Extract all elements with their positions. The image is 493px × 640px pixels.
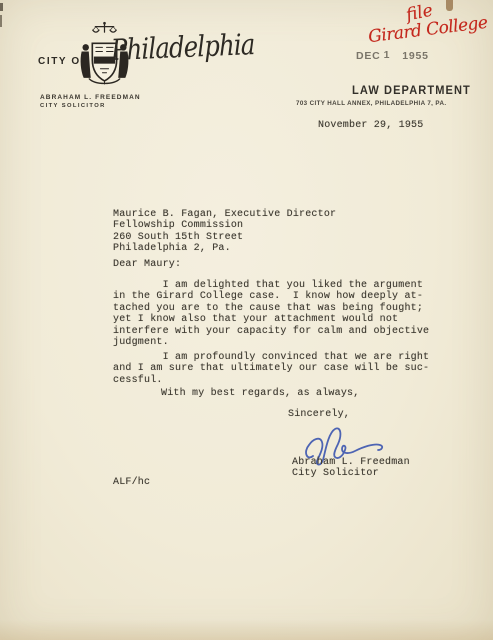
- scan-artifact-left-edge: [0, 15, 2, 27]
- law-department-heading: LAW DEPARTMENT: [352, 83, 471, 97]
- body-paragraph-2: I am profoundly convinced that we are ri…: [113, 352, 429, 386]
- city-name-script: Philadelphia: [111, 27, 255, 67]
- letter-date: November 29, 1955: [318, 120, 423, 131]
- recipient-address: Maurice B. Fagan, Executive Director Fel…: [113, 209, 336, 255]
- closing-line: Sincerely,: [288, 409, 350, 420]
- salutation: Dear Maury:: [113, 259, 181, 270]
- staple-mark: [446, 0, 453, 11]
- body-paragraph-1: I am delighted that you liked the argume…: [113, 280, 429, 348]
- typist-initials: ALF/hc: [113, 477, 150, 488]
- regards-line: With my best regards, as always,: [161, 388, 359, 399]
- solicitor-title: CITY SOLICITOR: [40, 103, 106, 109]
- signed-title: City Solicitor: [292, 468, 379, 479]
- letter-scan: CITY OF Philadelphia ABRAHAM L. FREEDMAN…: [0, 0, 493, 640]
- stamp-month: DEC: [356, 50, 381, 62]
- solicitor-name: ABRAHAM L. FREEDMAN: [40, 94, 141, 101]
- stamp-year: 1955: [402, 50, 429, 62]
- signed-name: Abraham L. Freedman: [292, 457, 410, 468]
- law-department-address: 703 CITY HALL ANNEX, PHILADELPHIA 7, PA.: [296, 100, 446, 107]
- scan-artifact-left-edge: [0, 3, 3, 11]
- stamp-day: 1: [384, 49, 391, 61]
- received-date-stamp: DEC11955: [356, 50, 429, 62]
